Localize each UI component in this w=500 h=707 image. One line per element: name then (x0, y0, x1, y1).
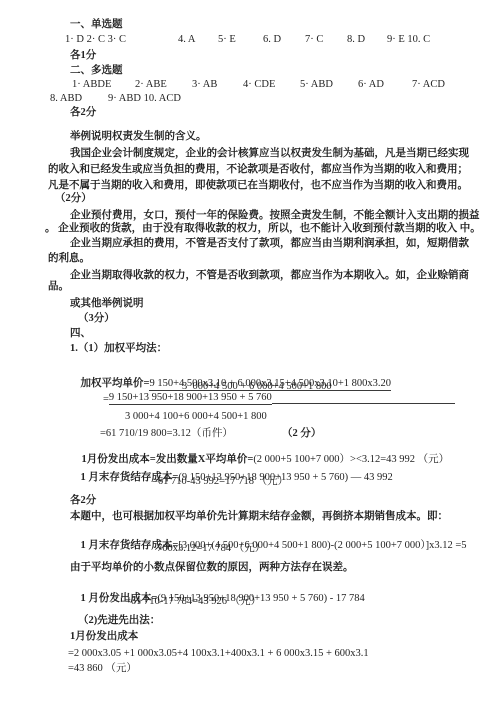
essay-paragraph-line: 企业当期取得收款的权力，不管是否收到款项，都应当作为本期收入。如，企业赊销商 (70, 269, 469, 282)
answer-group: 9· ABD 10. ACD (108, 93, 181, 104)
essay-paragraph-line: 企业当期应承担的费用，不管是否支付了款项，都应当由当期利润承担，如，短期借款 (70, 237, 469, 250)
answer-group: 7· ACD (412, 79, 445, 90)
answer-group: 3· AB (192, 79, 217, 90)
essay-paragraph-line: 品。 (48, 280, 69, 293)
score-label: （2分） (55, 192, 92, 205)
score-label: （2 分） (282, 425, 321, 440)
answer-group: 2· ABE (135, 79, 167, 90)
multi-choice-answer-row-1: 1· ABDE 2· ABE 3· AB 4· CDE 5· ABD 6· AD… (0, 79, 500, 93)
score-label: 各2分 (70, 494, 96, 507)
answer-group: 6· AD (358, 79, 384, 90)
answer-group: 1· D 2· C 3· C (65, 34, 126, 45)
fraction-numerator: 9 150+13 950+18 900+13 950 + 5 760 (109, 392, 272, 405)
essay-paragraph-line: 企业预付费用，女口，预付一年的保险费。按照全责发生制，不能全额计入支出期的损益 (70, 209, 480, 222)
alt-ending-cost-line: 1 月末存货结存成本=[3 000+(4 500+6 000+4 500+1 8… (70, 526, 467, 565)
alt-ending-cost-continuation: 700x3.12=17 784 （元） (157, 542, 265, 555)
answer-group: 9· E 10. C (387, 34, 430, 45)
answer-group: 4· CDE (243, 79, 275, 90)
answer-sheet-page: 一、单选题 1· D 2· C 3· C 4. A 5· E 6. D 7· C… (0, 0, 500, 707)
essay-paragraph-line: 我国企业会计制度规定，企业的会计核算应当以权责发生制为基础，凡是当期已经实现 (70, 147, 469, 160)
essay-paragraph-line: 的收入和已经发生或应当负担的费用，不论款项是否收付，都应当作为当期的收入和费用； (48, 163, 468, 176)
formula-label: 加权平均单价= (81, 378, 150, 389)
fifo-result: =43 860 （元） (68, 662, 137, 675)
fraction-bar-extension (272, 403, 455, 404)
multi-choice-answer-row-2: 8. ABD 9· ABD 10. ACD (0, 93, 500, 107)
answer-group: 7· C (305, 34, 323, 45)
fraction-denominator: 3 000+4 100+6 000+4 500+1 800 (125, 410, 267, 423)
essay-paragraph-line: 凡是不属于当期的收入和费用，即使款项已在当期收付，也不应当作为当期的收入和费用。 (48, 179, 468, 192)
score-label: （3分） (78, 312, 115, 325)
essay-other-note: 或其他举例说明 (70, 297, 144, 310)
method2-title: （2)先进先出法： (78, 614, 160, 627)
answer-group: 1· ABDE (72, 79, 111, 90)
fifo-label: 1月份发出成本 (70, 630, 138, 643)
answer-group: 5· E (218, 34, 236, 45)
section2-heading: 二、多选题 (70, 64, 123, 77)
score-label: 各1分 (70, 49, 96, 62)
alternative-method-note: 本题中，也可根据加权平均单价先计算期末结存金额，再倒挤本期销售成本。即： (70, 510, 448, 523)
ending-cost-result: =61 710-43 992=17 718 （元） (152, 475, 288, 488)
fifo-expression: =2 000x3.05 +1 000x3.05+4 100x3.1+400x3.… (68, 647, 369, 660)
answer-group: 8. ABD (50, 93, 82, 104)
method1-title: 1.（1）加权平均法： (70, 342, 167, 355)
essay-paragraph-line: 的利息。 (48, 252, 90, 265)
unit-price-result-line: =61 710/19 800=3.12（币件） （2 分） (0, 425, 500, 439)
rounding-error-note: 由于平均单价的小数点保留位数的原因，两种方法存在误差。 (70, 561, 354, 574)
single-choice-answer-row: 1· D 2· C 3· C 4. A 5· E 6. D 7· C 8. D … (0, 34, 500, 48)
score-label: 各2分 (70, 106, 96, 119)
alt-issue-cost-result: =61 710-17 784=43 926 （元） (125, 595, 261, 608)
essay-paragraph-line: 。 企业预收的货款，由于没有取得收款的权力，所以，也不能计入收到预付款当期的收入… (45, 222, 481, 235)
answer-group: 8. D (347, 34, 365, 45)
answer-group: 6. D (263, 34, 281, 45)
section1-heading: 一、单选题 (70, 18, 123, 31)
section4-heading: 四、 (70, 327, 91, 340)
formula-line-sum: =9 150+13 950+18 900+13 950 + 5 760 (103, 392, 455, 405)
unit-price-result: =61 710/19 800=3.12（币件） (100, 425, 233, 440)
answer-group: 4. A (178, 34, 196, 45)
answer-group: 5· ABD (300, 79, 333, 90)
essay-question: 举例说明权责发生制的含义。 (70, 130, 207, 143)
